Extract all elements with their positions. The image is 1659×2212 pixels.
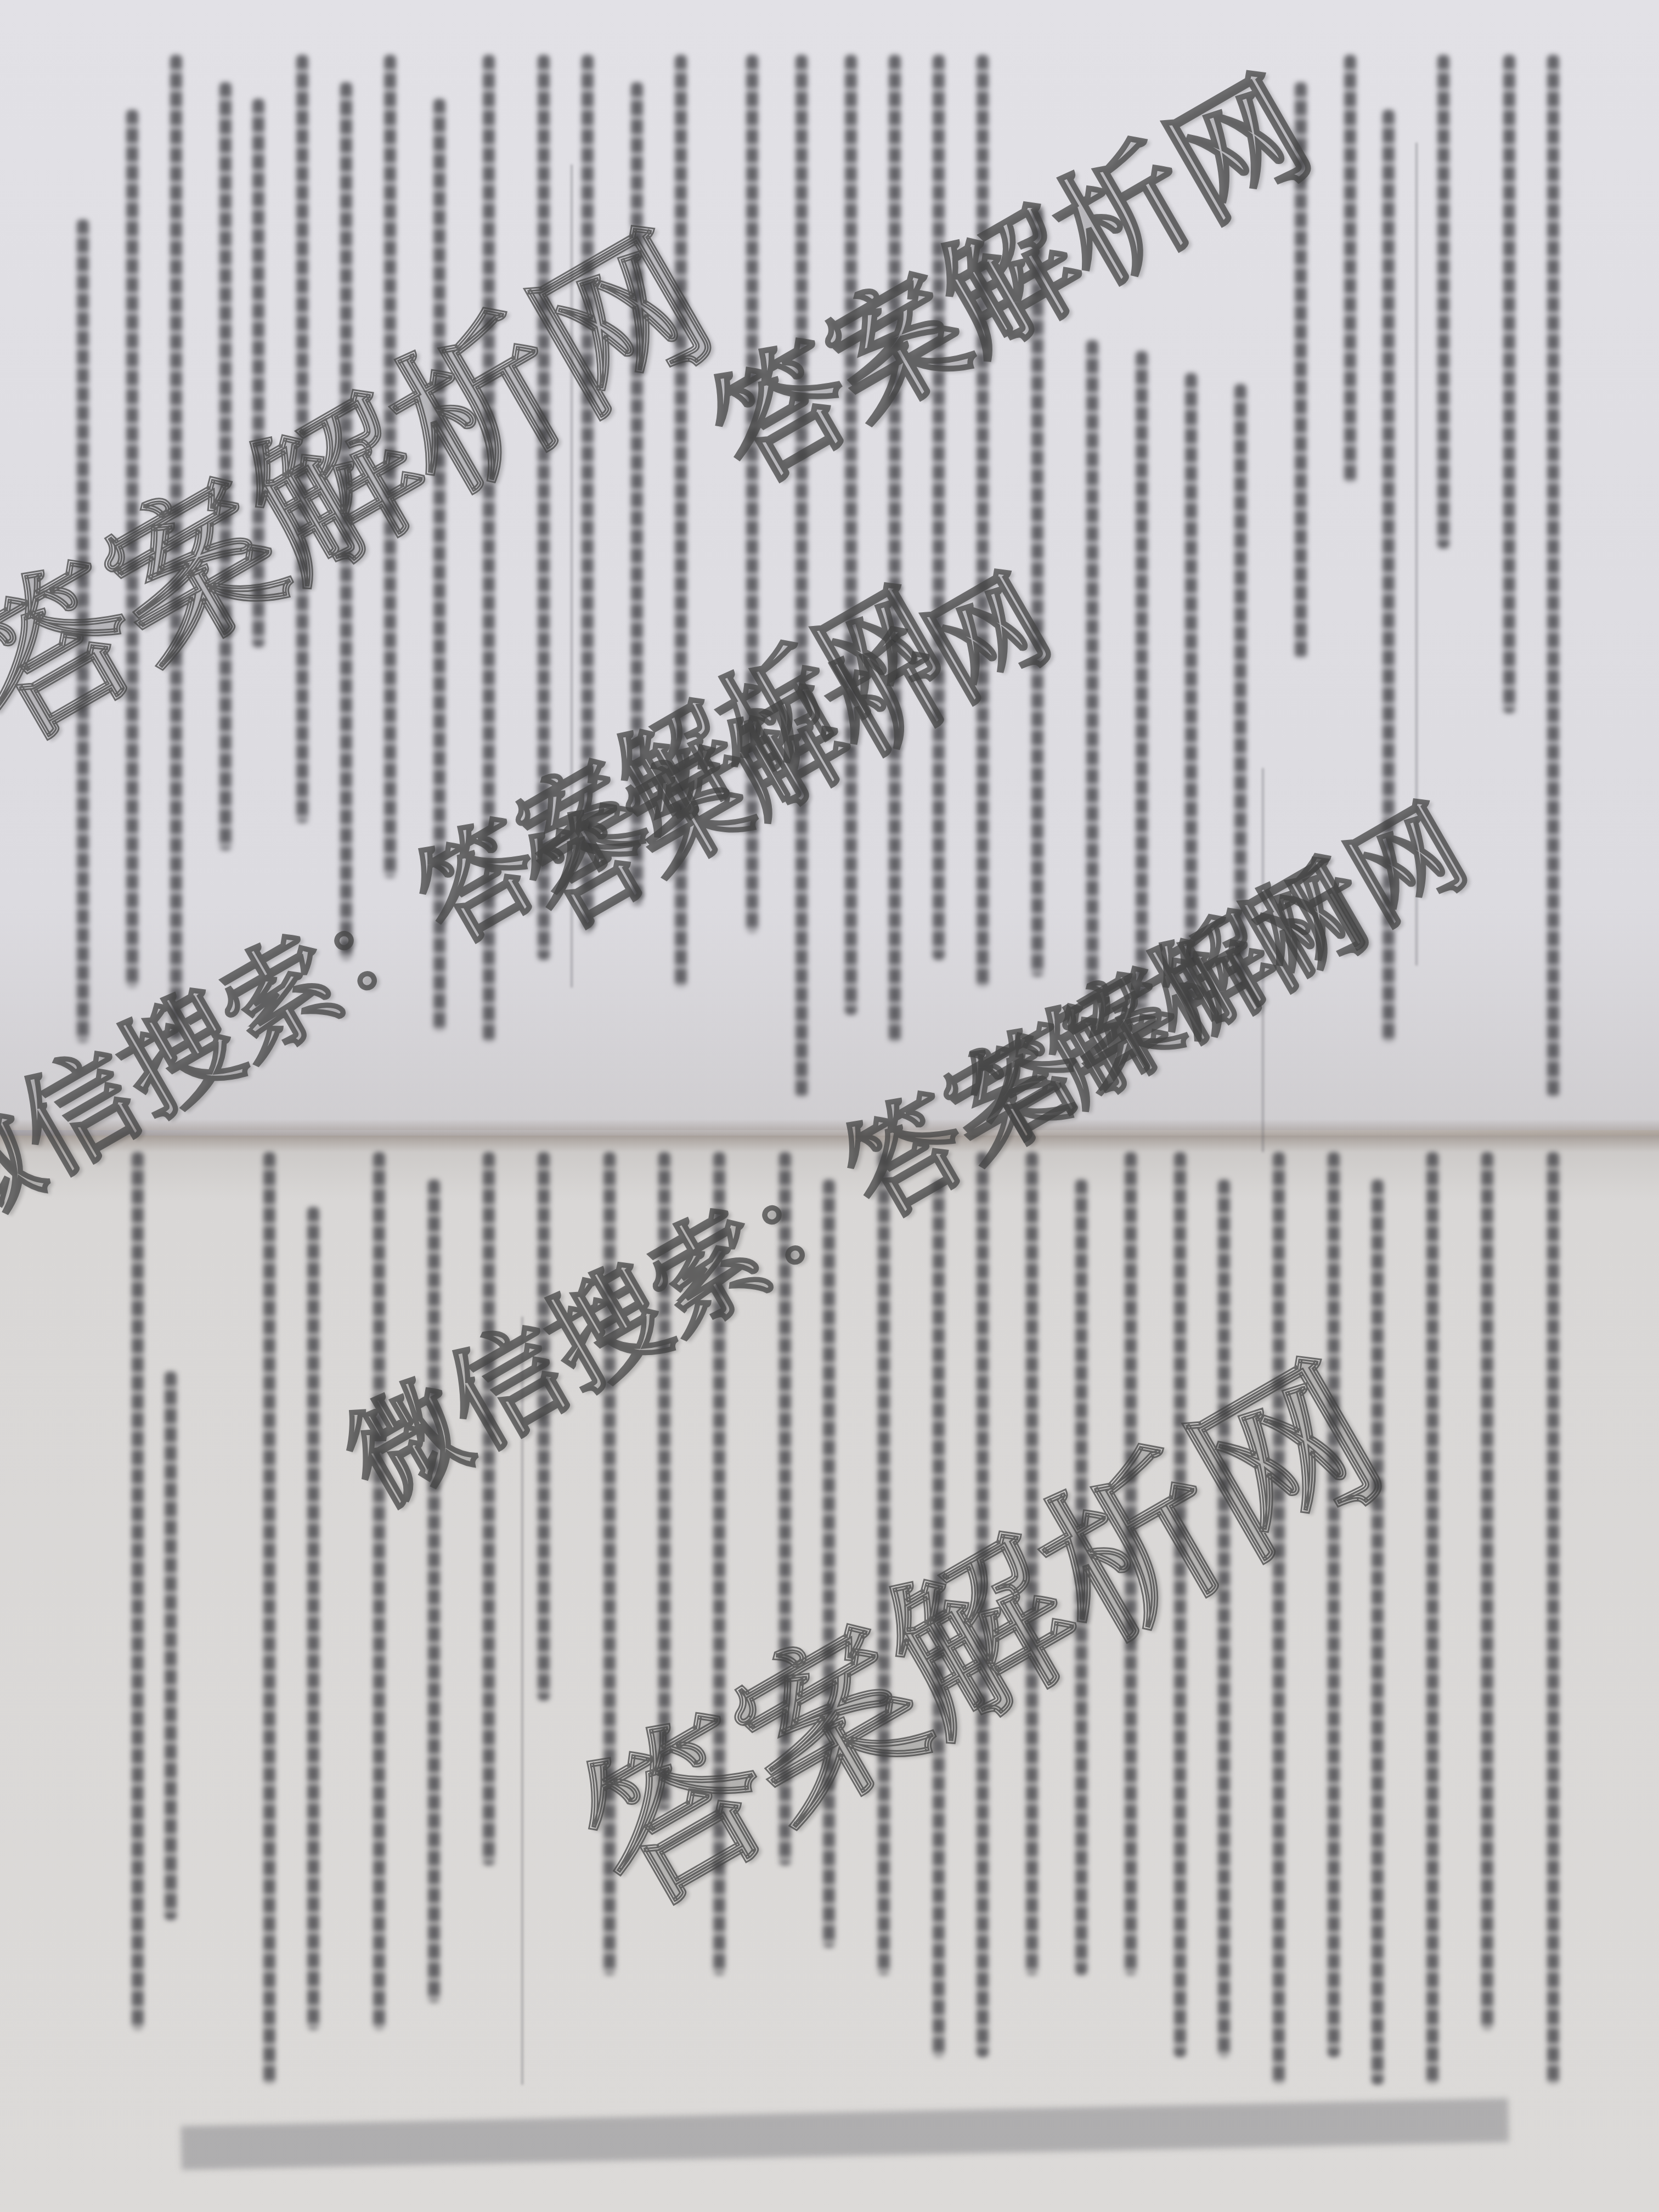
text-line xyxy=(263,1152,275,2085)
text-line xyxy=(933,55,945,960)
text-line xyxy=(428,1180,440,2002)
text-line xyxy=(165,1372,177,1920)
text-line xyxy=(1086,340,1098,998)
text-line xyxy=(1503,55,1515,713)
text-line xyxy=(1481,1152,1493,2030)
text-line xyxy=(307,1207,319,2030)
text-line xyxy=(373,1152,385,2030)
text-line xyxy=(1426,1152,1438,2085)
text-line xyxy=(1372,1180,1384,2085)
text-line xyxy=(483,1152,495,1865)
text-line xyxy=(889,55,901,1042)
text-line xyxy=(845,55,857,1015)
text-line xyxy=(1547,55,1559,1097)
text-line xyxy=(1136,351,1148,1009)
text-line xyxy=(1547,1152,1559,2085)
text-line xyxy=(1273,1152,1285,2085)
text-line xyxy=(1437,55,1449,549)
text-line xyxy=(132,1152,144,2030)
text-line xyxy=(1328,1152,1340,2057)
text-line xyxy=(1344,55,1356,483)
text-line xyxy=(795,55,808,1097)
